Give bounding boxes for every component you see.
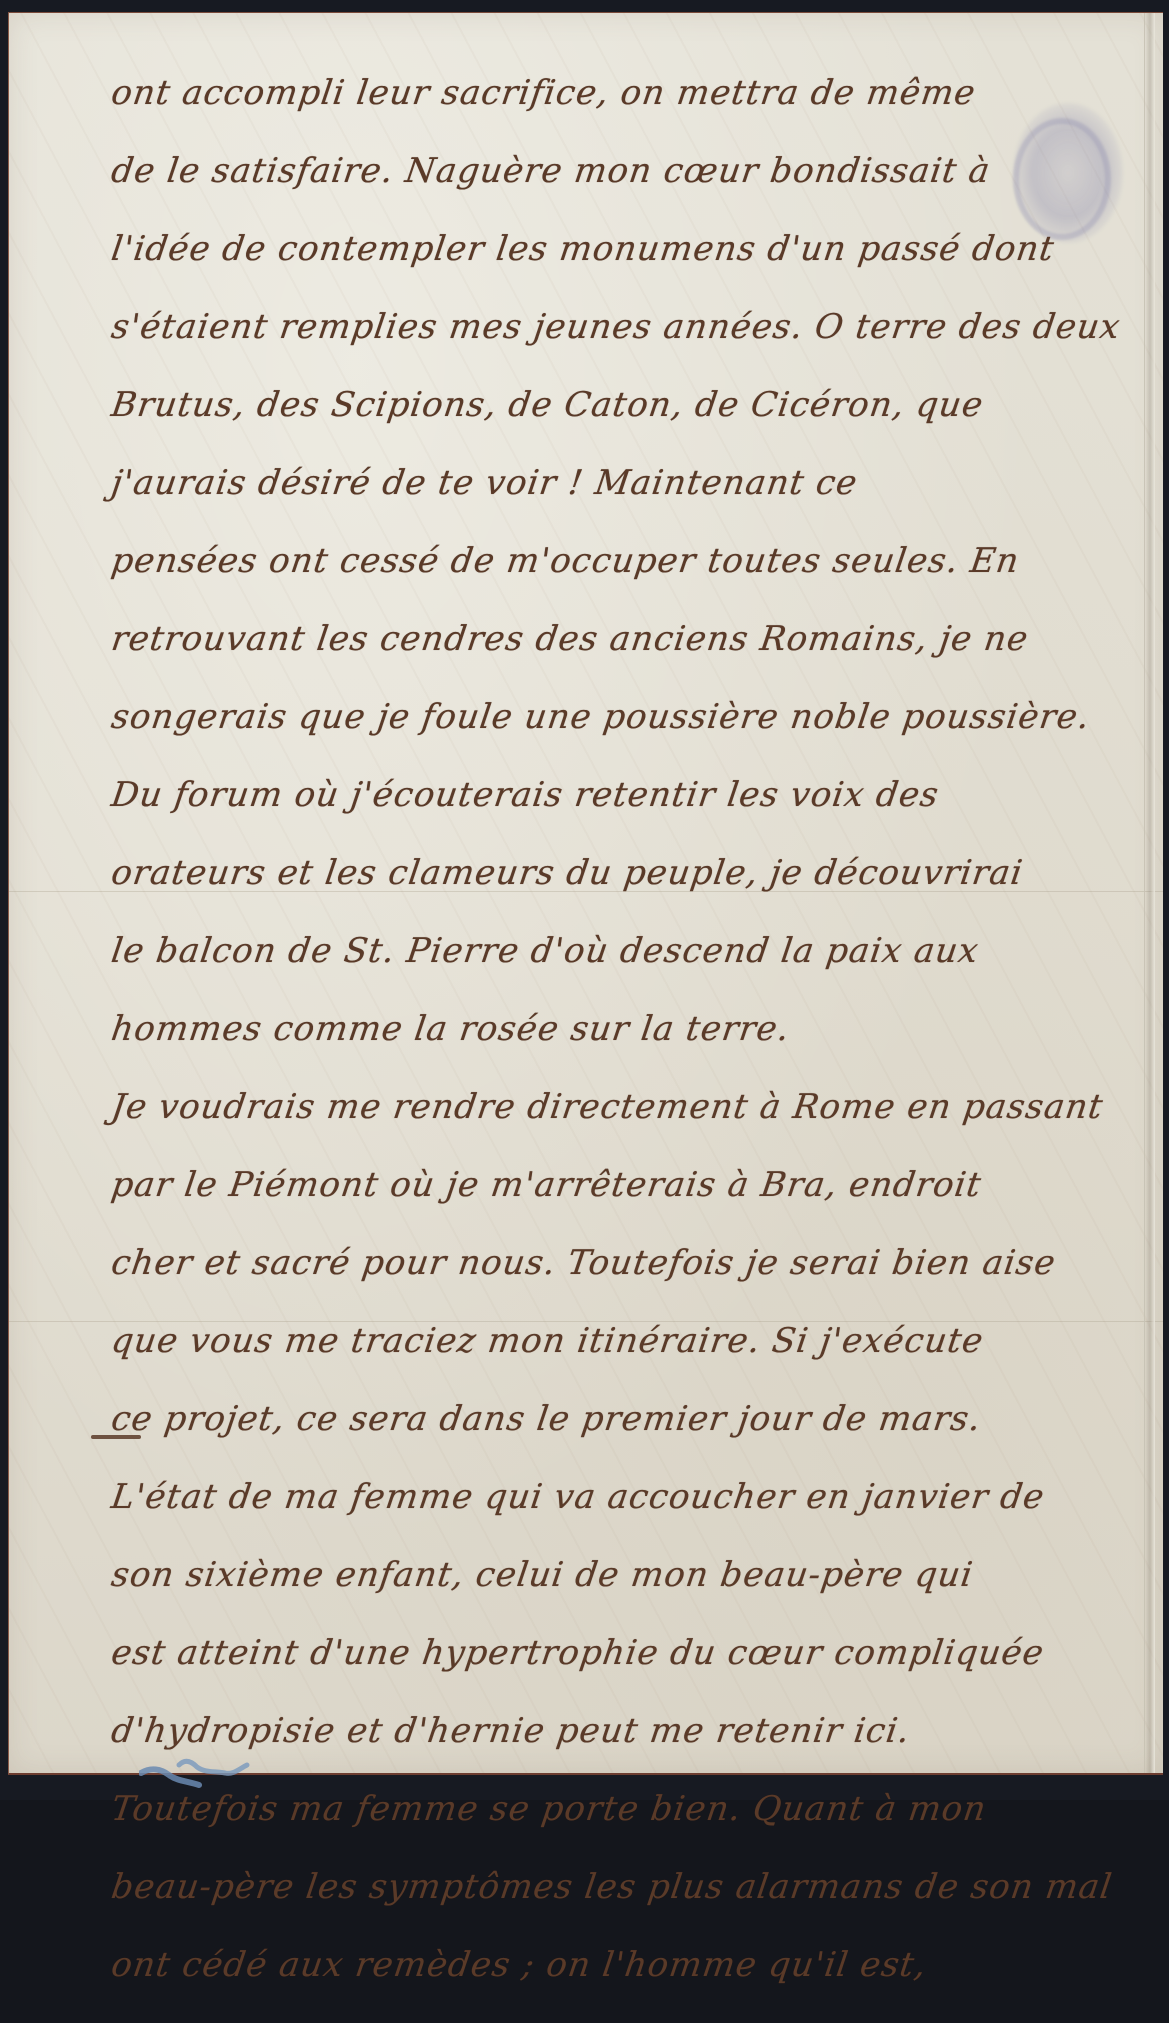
- scan-frame: ont accompli leur sacrifice, on mettra d…: [0, 0, 1169, 1800]
- letter-line: cher et sacré pour nous. Toutefois je se…: [104, 1243, 1125, 1321]
- letter-line: Brutus, des Scipions, de Caton, de Cicér…: [104, 385, 1125, 463]
- letter-line: est atteint d'une hypertrophie du cœur c…: [104, 1633, 1125, 1711]
- underline-stroke: [91, 1435, 141, 1439]
- letter-line: orateurs et les clameurs du peuple, je d…: [104, 853, 1125, 931]
- letter-line: par le Piémont où je m'arrêterais à Bra,…: [104, 1165, 1125, 1243]
- letter-body: ont accompli leur sacrifice, on mettra d…: [109, 73, 1119, 1800]
- letter-line: Je voudrais me rendre directement à Rome…: [104, 1087, 1125, 1165]
- letter-line: ont accompli leur sacrifice, on mettra d…: [104, 73, 1125, 151]
- letter-line: retrouvant les cendres des anciens Romai…: [104, 619, 1125, 697]
- letter-line: ce projet, ce sera dans le premier jour …: [104, 1399, 1125, 1477]
- letter-line: l'idée de contempler les monumens d'un p…: [104, 229, 1125, 307]
- letter-line: s'étaient remplies mes jeunes années. O …: [104, 307, 1125, 385]
- letter-line: que vous me traciez mon itinéraire. Si j…: [104, 1321, 1125, 1399]
- letter-line: hommes comme la rosée sur la terre.: [104, 1009, 1125, 1087]
- letter-line: L'état de ma femme qui va accoucher en j…: [104, 1477, 1125, 1555]
- letter-line: pensées ont cessé de m'occuper toutes se…: [104, 541, 1125, 619]
- page-gutter: [1144, 13, 1155, 1773]
- letter-line: j'aurais désiré de te voir ! Maintenant …: [104, 463, 1125, 541]
- letter-line: le balcon de St. Pierre d'où descend la …: [104, 931, 1125, 1009]
- letter-line: Du forum où j'écouterais retentir les vo…: [104, 775, 1125, 853]
- letter-line: de le satisfaire. Naguère mon cœur bondi…: [104, 151, 1125, 229]
- letter-line: songerais que je foule une poussière nob…: [104, 697, 1125, 775]
- letter-line: son sixième enfant, celui de mon beau-pè…: [104, 1555, 1125, 1633]
- letter-page: ont accompli leur sacrifice, on mettra d…: [8, 12, 1163, 1775]
- blue-ink-mark-icon: [139, 1751, 259, 1791]
